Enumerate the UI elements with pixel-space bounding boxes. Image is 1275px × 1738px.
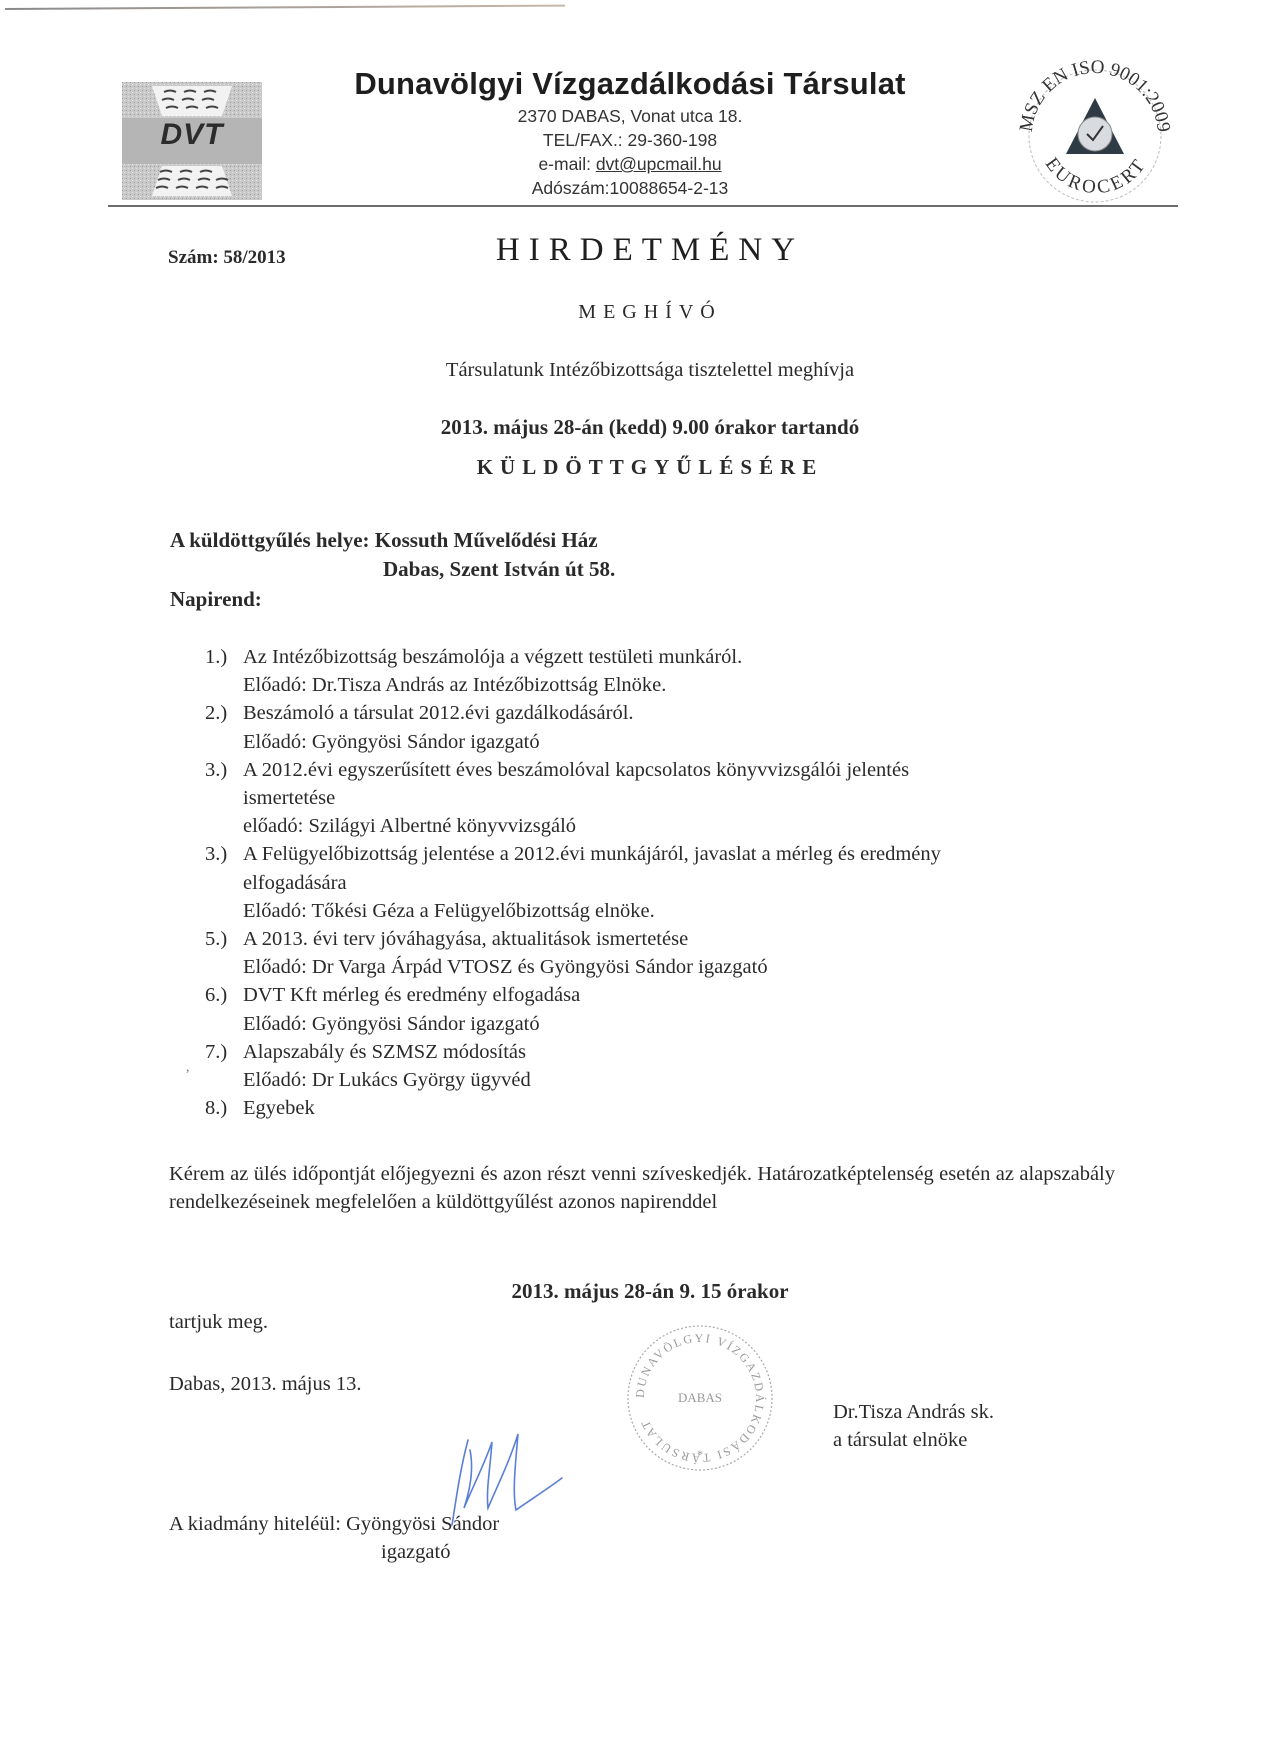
- document-title: HIRDETMÉNY: [440, 232, 860, 269]
- svg-text:*: *: [697, 1447, 703, 1461]
- stamp-center-text: DABAS: [678, 1390, 722, 1405]
- iso-seal-bottom-text: EUROCERT: [1041, 154, 1151, 199]
- agenda-item: 6.)DVT Kft mérleg és eredmény elfogadása…: [205, 981, 1155, 1037]
- agenda-item-number: 7.): [205, 1038, 243, 1094]
- agenda-item-body: A Felügyelőbizottság jelentése a 2012.év…: [243, 840, 1155, 925]
- agenda-item-detail: Előadó: Gyöngyösi Sándor igazgató: [243, 1010, 1155, 1038]
- repeat-meeting-date: 2013. május 28-án 9. 15 órakor: [300, 1279, 1000, 1304]
- scan-mark: ,: [186, 1060, 190, 1076]
- agenda-item-title: Beszámoló a társulat 2012.évi gazdálkodá…: [243, 699, 1155, 727]
- agenda-item-title: Egyebek: [243, 1094, 1155, 1122]
- organization-telfax: TEL/FAX.: 29-360-198: [430, 130, 830, 151]
- agenda-item-number: 8.): [205, 1094, 243, 1122]
- document-subtitle: MEGHÍVÓ: [500, 301, 800, 324]
- iso-certification-seal: MSZ EN ISO 9001:2009 EUROCERT: [1010, 58, 1180, 208]
- scan-edge-line: [5, 5, 565, 10]
- agenda-item-detail: Előadó: Gyöngyösi Sándor igazgató: [243, 728, 1155, 756]
- agenda-item-detail: ismertetése: [243, 784, 1155, 812]
- meeting-location: A küldöttgyűlés helye: Kossuth Művelődés…: [170, 528, 598, 553]
- agenda-item-detail: Előadó: Dr.Tisza András az Intézőbizotts…: [243, 671, 1155, 699]
- header-divider: [108, 205, 1178, 207]
- agenda-item-title: A 2013. évi terv jóváhagyása, aktualitás…: [243, 925, 1155, 953]
- organization-name: Dunavölgyi Vízgazdálkodási Társulat: [300, 66, 960, 102]
- agenda-item-number: 3.): [205, 756, 243, 841]
- agenda-item-body: A 2012.évi egyszerűsített éves beszámoló…: [243, 756, 1155, 841]
- agenda-item: 2.)Beszámoló a társulat 2012.évi gazdálk…: [205, 699, 1155, 755]
- signatory-block: Dr.Tisza András sk. a társulat elnöke: [833, 1398, 994, 1454]
- agenda-item-title: A 2012.évi egyszerűsített éves beszámoló…: [243, 756, 1155, 784]
- agenda-item-body: DVT Kft mérleg és eredmény elfogadásaElő…: [243, 981, 1155, 1037]
- agenda-item-title: Alapszabály és SZMSZ módosítás: [243, 1038, 1155, 1066]
- meeting-location-address: Dabas, Szent István út 58.: [383, 557, 615, 582]
- agenda-item-number: 1.): [205, 643, 243, 699]
- closing-text: Kérem az ülés időpontját előjegyezni és …: [169, 1163, 1115, 1213]
- agenda-item: 3.)A 2012.évi egyszerűsített éves beszám…: [205, 756, 1155, 841]
- agenda-item: 1.)Az Intézőbizottság beszámolója a végz…: [205, 643, 1155, 699]
- agenda-item-body: Beszámoló a társulat 2012.évi gazdálkodá…: [243, 699, 1155, 755]
- email-label: e-mail:: [538, 154, 595, 174]
- agenda-item-number: 2.): [205, 699, 243, 755]
- agenda-item: 3.)A Felügyelőbizottság jelentése a 2012…: [205, 840, 1155, 925]
- agenda-item-detail: előadó: Szilágyi Albertné könyvvizsgáló: [243, 812, 1155, 840]
- agenda-item-body: Az Intézőbizottság beszámolója a végzett…: [243, 643, 1155, 699]
- meeting-date: 2013. május 28-án (kedd) 9.00 órakor tar…: [300, 415, 1000, 440]
- signatory-name: Dr.Tisza András sk.: [833, 1398, 994, 1426]
- organization-email-line: e-mail: dvt@upcmail.hu: [430, 154, 830, 175]
- agenda-item-body: A 2013. évi terv jóváhagyása, aktualitás…: [243, 925, 1155, 981]
- agenda-item-detail: Előadó: Dr Varga Árpád VTOSZ és Gyöngyös…: [243, 953, 1155, 981]
- agenda-item-title: Az Intézőbizottság beszámolója a végzett…: [243, 643, 1155, 671]
- held-line: tartjuk meg.: [169, 1311, 268, 1334]
- invitation-intro: Társulatunk Intézőbizottsága tisztelette…: [300, 359, 1000, 382]
- agenda-item: 8.)Egyebek: [205, 1094, 1155, 1122]
- agenda-item-number: 5.): [205, 925, 243, 981]
- agenda-item-body: Alapszabály és SZMSZ módosításElőadó: Dr…: [243, 1038, 1155, 1094]
- agenda-item-body: Egyebek: [243, 1094, 1155, 1122]
- agenda-item-detail: Előadó: Tőkési Géza a Felügyelőbizottság…: [243, 897, 1155, 925]
- place-and-date: Dabas, 2013. május 13.: [169, 1373, 361, 1396]
- certification-line: A kiadmány hiteléül: Gyöngyösi Sándor: [169, 1513, 499, 1536]
- agenda-item: 7.)Alapszabály és SZMSZ módosításElőadó:…: [205, 1038, 1155, 1094]
- dvt-logo-text: DVT: [122, 118, 262, 152]
- document-number: Szám: 58/2013: [168, 247, 286, 269]
- agenda-item: 5.)A 2013. évi terv jóváhagyása, aktuali…: [205, 925, 1155, 981]
- organization-tax-id: Adószám:10088654-2-13: [430, 178, 830, 199]
- assembly-heading: KÜLDÖTTGYŰLÉSÉRE: [300, 455, 1000, 480]
- email-link[interactable]: dvt@upcmail.hu: [596, 154, 722, 174]
- certification-role: igazgató: [381, 1541, 450, 1564]
- svg-text:EUROCERT: EUROCERT: [1041, 154, 1151, 199]
- agenda-item-title: A Felügyelőbizottság jelentése a 2012.év…: [243, 840, 1155, 868]
- agenda-label: Napirend:: [170, 587, 262, 612]
- official-stamp: DUNAVÖLGYI VÍZGAZDÁLKODÁSI TÁRSULAT DABA…: [620, 1318, 780, 1478]
- agenda-item-title: DVT Kft mérleg és eredmény elfogadása: [243, 981, 1155, 1009]
- agenda-item-number: 6.): [205, 981, 243, 1037]
- agenda-item-number: 3.): [205, 840, 243, 925]
- agenda-list: 1.)Az Intézőbizottság beszámolója a végz…: [205, 643, 1155, 1122]
- agenda-item-detail: elfogadására: [243, 869, 1155, 897]
- signatory-role: a társulat elnöke: [833, 1426, 994, 1454]
- agenda-item-detail: Előadó: Dr Lukács György ügyvéd: [243, 1066, 1155, 1094]
- organization-address: 2370 DABAS, Vonat utca 18.: [430, 106, 830, 127]
- closing-paragraph: Kérem az ülés időpontját előjegyezni és …: [169, 1160, 1115, 1216]
